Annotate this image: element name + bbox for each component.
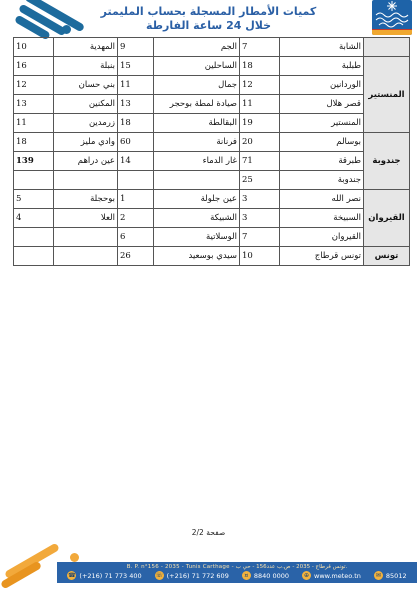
- station-value: [118, 171, 154, 190]
- station-value: 11: [14, 114, 54, 133]
- station-value: 3: [240, 190, 280, 209]
- footer-strokes-logo: [0, 546, 95, 589]
- station-name: المنستير: [280, 114, 364, 133]
- station-value: 15: [118, 57, 154, 76]
- station-value: 60: [118, 133, 154, 152]
- table-row: القيروان7الوسلاتية6: [14, 228, 410, 247]
- station-name: السبيخة: [280, 209, 364, 228]
- compass-waves-icon: [373, 0, 411, 28]
- station-name: بوحجلة: [54, 190, 118, 209]
- table-row: قصر هلال11صيادة لمطة بوحجر13المكنين13: [14, 95, 410, 114]
- station-value: 19: [240, 114, 280, 133]
- station-name: الوردانين: [280, 76, 364, 95]
- page-title: كميات الأمطار المسجلة بحساب المليمتر خلا…: [60, 5, 357, 32]
- table-row: طبرقة71غار الدماء14عين دراهم139: [14, 152, 410, 171]
- station-value: 12: [14, 76, 54, 95]
- station-name: البقالطة: [154, 114, 240, 133]
- footer-contact-text: 8840 0000: [254, 572, 289, 580]
- station-value: 20: [240, 133, 280, 152]
- table-row: الشابة7الجم9المهدية10: [14, 38, 410, 57]
- table-row: المنستير19البقالطة18زرمدين11: [14, 114, 410, 133]
- station-name: العلا: [54, 209, 118, 228]
- station-name: المكنين: [54, 95, 118, 114]
- footer-contact-item: ☏(+216) 71 772 609: [155, 571, 229, 580]
- table-row: الوردانين12جمال11بني حسان12: [14, 76, 410, 95]
- station-name: قصر هلال: [280, 95, 364, 114]
- fax-icon: ☏: [155, 571, 164, 580]
- station-name: الوسلاتية: [154, 228, 240, 247]
- table-row: تونستونس قرطاج10سيدي بوسعيد26: [14, 247, 410, 266]
- station-name: جندوبة: [280, 171, 364, 190]
- station-name: الساحلين: [154, 57, 240, 76]
- table-row: السبيخة3الشبيكة2العلا4: [14, 209, 410, 228]
- station-name: وادي مليز: [54, 133, 118, 152]
- region-label: المنستير: [364, 57, 410, 133]
- rainfall-table: الشابة7الجم9المهدية10المنستيرطبلبة18السا…: [13, 37, 410, 266]
- coins-icon: ¤: [242, 571, 251, 580]
- station-value: [14, 228, 54, 247]
- station-value: 71: [240, 152, 280, 171]
- station-name: صيادة لمطة بوحجر: [154, 95, 240, 114]
- station-value: 3: [240, 209, 280, 228]
- station-value: 26: [118, 247, 154, 266]
- footer-contact-text: (+216) 71 772 609: [167, 572, 229, 580]
- station-value: 11: [118, 76, 154, 95]
- footer-contact-item: ¤8840 0000: [242, 571, 289, 580]
- station-name: فرنانة: [154, 133, 240, 152]
- footer-items: ☎(+216) 71 773 400☏(+216) 71 772 609¤884…: [57, 571, 417, 580]
- rainfall-table-body: الشابة7الجم9المهدية10المنستيرطبلبة18السا…: [14, 38, 410, 266]
- station-value: 6: [118, 228, 154, 247]
- footer-contact-item: ✉85012: [374, 571, 407, 580]
- region-label: [364, 38, 410, 57]
- footer-contact-item: ⊕www.meteo.tn: [302, 571, 361, 580]
- station-value: 11: [240, 95, 280, 114]
- station-name: زرمدين: [54, 114, 118, 133]
- station-name: المهدية: [54, 38, 118, 57]
- station-value: 18: [240, 57, 280, 76]
- table-row: القيرواننصر الله3عين جلولة1بوحجلة5: [14, 190, 410, 209]
- region-label: القيروان: [364, 190, 410, 247]
- station-name: عين دراهم: [54, 152, 118, 171]
- mail-icon: ✉: [374, 571, 383, 580]
- station-value: 13: [14, 95, 54, 114]
- station-value: 14: [118, 152, 154, 171]
- station-name: غار الدماء: [154, 152, 240, 171]
- globe-icon: ⊕: [302, 571, 311, 580]
- footer-contact-text: www.meteo.tn: [314, 572, 361, 580]
- station-name: [54, 171, 118, 190]
- station-value: 16: [14, 57, 54, 76]
- station-name: الشابة: [280, 38, 364, 57]
- station-name: بوسالم: [280, 133, 364, 152]
- station-value: [14, 247, 54, 266]
- station-name: سيدي بوسعيد: [154, 247, 240, 266]
- station-name: طبرقة: [280, 152, 364, 171]
- station-value: 139: [14, 152, 54, 171]
- station-value: 7: [240, 38, 280, 57]
- table-row: المنستيرطبلبة18الساحلين15بنبلة16: [14, 57, 410, 76]
- station-value: 7: [240, 228, 280, 247]
- station-value: 10: [240, 247, 280, 266]
- region-label: تونس: [364, 247, 410, 266]
- emblem-base-bar: [372, 29, 412, 35]
- footer-bar: B. P. n°156 - 2035 - Tunis Carthage - تو…: [57, 562, 417, 583]
- station-value: 4: [14, 209, 54, 228]
- inm-emblem-logo: [372, 0, 412, 35]
- station-name: القيروان: [280, 228, 364, 247]
- station-name: الشبيكة: [154, 209, 240, 228]
- station-name: جمال: [154, 76, 240, 95]
- station-name: تونس قرطاج: [280, 247, 364, 266]
- table-row: جندوبة25: [14, 171, 410, 190]
- station-value: 18: [118, 114, 154, 133]
- station-value: 12: [240, 76, 280, 95]
- page-number-label: صفحة 2/2: [0, 528, 417, 537]
- title-line-2: خلال 24 ساعة الفارطة: [60, 19, 357, 33]
- logo-dot: [70, 553, 79, 562]
- station-value: 1: [118, 190, 154, 209]
- station-name: طبلبة: [280, 57, 364, 76]
- station-name: [154, 171, 240, 190]
- station-value: 9: [118, 38, 154, 57]
- station-name: بنبلة: [54, 57, 118, 76]
- station-value: 2: [118, 209, 154, 228]
- footer-contact-text: 85012: [386, 572, 407, 580]
- station-value: [14, 171, 54, 190]
- table-row: جندوبةبوسالم20فرنانة60وادي مليز18: [14, 133, 410, 152]
- station-value: 18: [14, 133, 54, 152]
- station-name: عين جلولة: [154, 190, 240, 209]
- station-name: [54, 228, 118, 247]
- station-name: بني حسان: [54, 76, 118, 95]
- station-name: نصر الله: [280, 190, 364, 209]
- station-name: [54, 247, 118, 266]
- station-name: الجم: [154, 38, 240, 57]
- footer-address: B. P. n°156 - 2035 - Tunis Carthage - تو…: [57, 564, 417, 570]
- station-value: 5: [14, 190, 54, 209]
- station-value: 13: [118, 95, 154, 114]
- station-value: 25: [240, 171, 280, 190]
- title-line-1: كميات الأمطار المسجلة بحساب المليمتر: [60, 5, 357, 19]
- station-value: 10: [14, 38, 54, 57]
- region-label: جندوبة: [364, 133, 410, 190]
